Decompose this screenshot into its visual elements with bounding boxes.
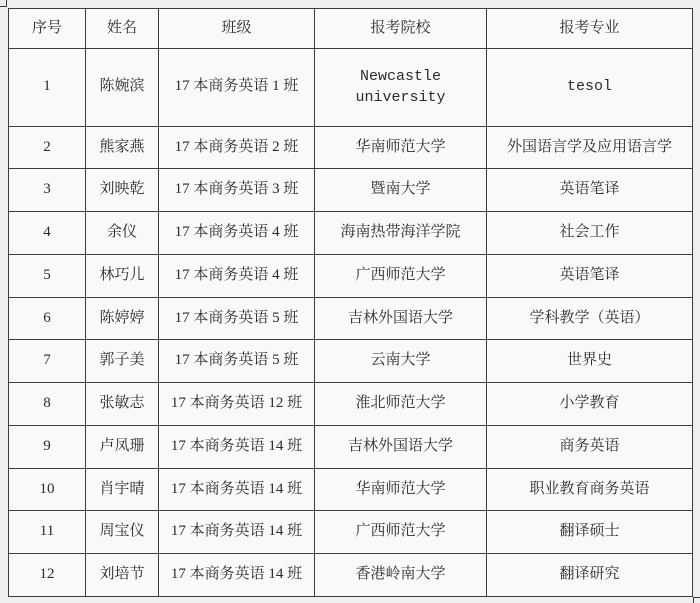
cell-no: 7 bbox=[9, 340, 86, 383]
cell-school: 广西师范大学 bbox=[315, 511, 487, 554]
table-row: 8 张敏志 17 本商务英语 12 班 淮北师范大学 小学教育 bbox=[9, 383, 693, 426]
cell-class: 17 本商务英语 14 班 bbox=[159, 425, 315, 468]
cell-no: 12 bbox=[9, 554, 86, 597]
cell-name: 卢凤珊 bbox=[86, 425, 159, 468]
cell-no: 3 bbox=[9, 169, 86, 212]
col-header-class: 班级 bbox=[159, 9, 315, 49]
cell-no: 10 bbox=[9, 468, 86, 511]
table-row: 1 陈婉滨 17 本商务英语 1 班 Newcastle university … bbox=[9, 49, 693, 127]
header-row: 序号 姓名 班级 报考院校 报考专业 bbox=[9, 9, 693, 49]
cell-no: 1 bbox=[9, 49, 86, 127]
cell-major: 英语笔译 bbox=[487, 254, 693, 297]
cell-school: Newcastle university bbox=[315, 49, 487, 127]
cell-class: 17 本商务英语 2 班 bbox=[159, 126, 315, 169]
cell-no: 5 bbox=[9, 254, 86, 297]
cell-major: 小学教育 bbox=[487, 383, 693, 426]
cell-name: 陈婉滨 bbox=[86, 49, 159, 127]
cell-major: 英语笔译 bbox=[487, 169, 693, 212]
cell-name: 周宝仪 bbox=[86, 511, 159, 554]
student-application-table: 序号 姓名 班级 报考院校 报考专业 1 陈婉滨 17 本商务英语 1 班 Ne… bbox=[8, 8, 693, 597]
cell-no: 8 bbox=[9, 383, 86, 426]
cell-major: 翻译硕士 bbox=[487, 511, 693, 554]
cell-class: 17 本商务英语 14 班 bbox=[159, 511, 315, 554]
cell-school: 华南师范大学 bbox=[315, 126, 487, 169]
cell-name: 熊家燕 bbox=[86, 126, 159, 169]
table-row: 2 熊家燕 17 本商务英语 2 班 华南师范大学 外国语言学及应用语言学 bbox=[9, 126, 693, 169]
cell-major: 外国语言学及应用语言学 bbox=[487, 126, 693, 169]
cell-name: 余仪 bbox=[86, 212, 159, 255]
cell-name: 肖宇晴 bbox=[86, 468, 159, 511]
cell-name: 刘培节 bbox=[86, 554, 159, 597]
col-header-name: 姓名 bbox=[86, 9, 159, 49]
table-row: 5 林巧儿 17 本商务英语 4 班 广西师范大学 英语笔译 bbox=[9, 254, 693, 297]
cell-no: 9 bbox=[9, 425, 86, 468]
cell-class: 17 本商务英语 3 班 bbox=[159, 169, 315, 212]
table-row: 9 卢凤珊 17 本商务英语 14 班 吉林外国语大学 商务英语 bbox=[9, 425, 693, 468]
cell-class: 17 本商务英语 4 班 bbox=[159, 254, 315, 297]
cell-school: 云南大学 bbox=[315, 340, 487, 383]
cell-class: 17 本商务英语 1 班 bbox=[159, 49, 315, 127]
cell-school: 吉林外国语大学 bbox=[315, 297, 487, 340]
cell-name: 刘映乾 bbox=[86, 169, 159, 212]
cell-major: 翻译研究 bbox=[487, 554, 693, 597]
cell-class: 17 本商务英语 5 班 bbox=[159, 297, 315, 340]
cell-major: 学科教学（英语） bbox=[487, 297, 693, 340]
adjacent-cell-corner-top-left bbox=[0, 0, 7, 7]
table-row: 7 郭子美 17 本商务英语 5 班 云南大学 世界史 bbox=[9, 340, 693, 383]
cell-class: 17 本商务英语 14 班 bbox=[159, 554, 315, 597]
cell-no: 4 bbox=[9, 212, 86, 255]
cell-no: 11 bbox=[9, 511, 86, 554]
cell-class: 17 本商务英语 12 班 bbox=[159, 383, 315, 426]
table-row: 4 余仪 17 本商务英语 4 班 海南热带海洋学院 社会工作 bbox=[9, 212, 693, 255]
cell-major: 世界史 bbox=[487, 340, 693, 383]
cell-name: 郭子美 bbox=[86, 340, 159, 383]
cell-no: 6 bbox=[9, 297, 86, 340]
cell-class: 17 本商务英语 4 班 bbox=[159, 212, 315, 255]
table-row: 3 刘映乾 17 本商务英语 3 班 暨南大学 英语笔译 bbox=[9, 169, 693, 212]
cell-school: 广西师范大学 bbox=[315, 254, 487, 297]
cell-name: 林巧儿 bbox=[86, 254, 159, 297]
cell-school: 海南热带海洋学院 bbox=[315, 212, 487, 255]
cell-name: 张敏志 bbox=[86, 383, 159, 426]
cell-school: 香港岭南大学 bbox=[315, 554, 487, 597]
table-row: 11 周宝仪 17 本商务英语 14 班 广西师范大学 翻译硕士 bbox=[9, 511, 693, 554]
cell-school: 暨南大学 bbox=[315, 169, 487, 212]
col-header-school: 报考院校 bbox=[315, 9, 487, 49]
cell-class: 17 本商务英语 5 班 bbox=[159, 340, 315, 383]
cell-school: 吉林外国语大学 bbox=[315, 425, 487, 468]
table-row: 6 陈婷婷 17 本商务英语 5 班 吉林外国语大学 学科教学（英语） bbox=[9, 297, 693, 340]
col-header-major: 报考专业 bbox=[487, 9, 693, 49]
cell-school: 淮北师范大学 bbox=[315, 383, 487, 426]
cell-major: 商务英语 bbox=[487, 425, 693, 468]
col-header-index: 序号 bbox=[9, 9, 86, 49]
table-row: 10 肖宇晴 17 本商务英语 14 班 华南师范大学 职业教育商务英语 bbox=[9, 468, 693, 511]
cell-no: 2 bbox=[9, 126, 86, 169]
table-row: 12 刘培节 17 本商务英语 14 班 香港岭南大学 翻译研究 bbox=[9, 554, 693, 597]
cell-major: tesol bbox=[487, 49, 693, 127]
cell-major: 职业教育商务英语 bbox=[487, 468, 693, 511]
cell-name: 陈婷婷 bbox=[86, 297, 159, 340]
adjacent-cell-corner-bottom-right bbox=[693, 597, 700, 603]
cell-major: 社会工作 bbox=[487, 212, 693, 255]
cell-class: 17 本商务英语 14 班 bbox=[159, 468, 315, 511]
cell-school: 华南师范大学 bbox=[315, 468, 487, 511]
